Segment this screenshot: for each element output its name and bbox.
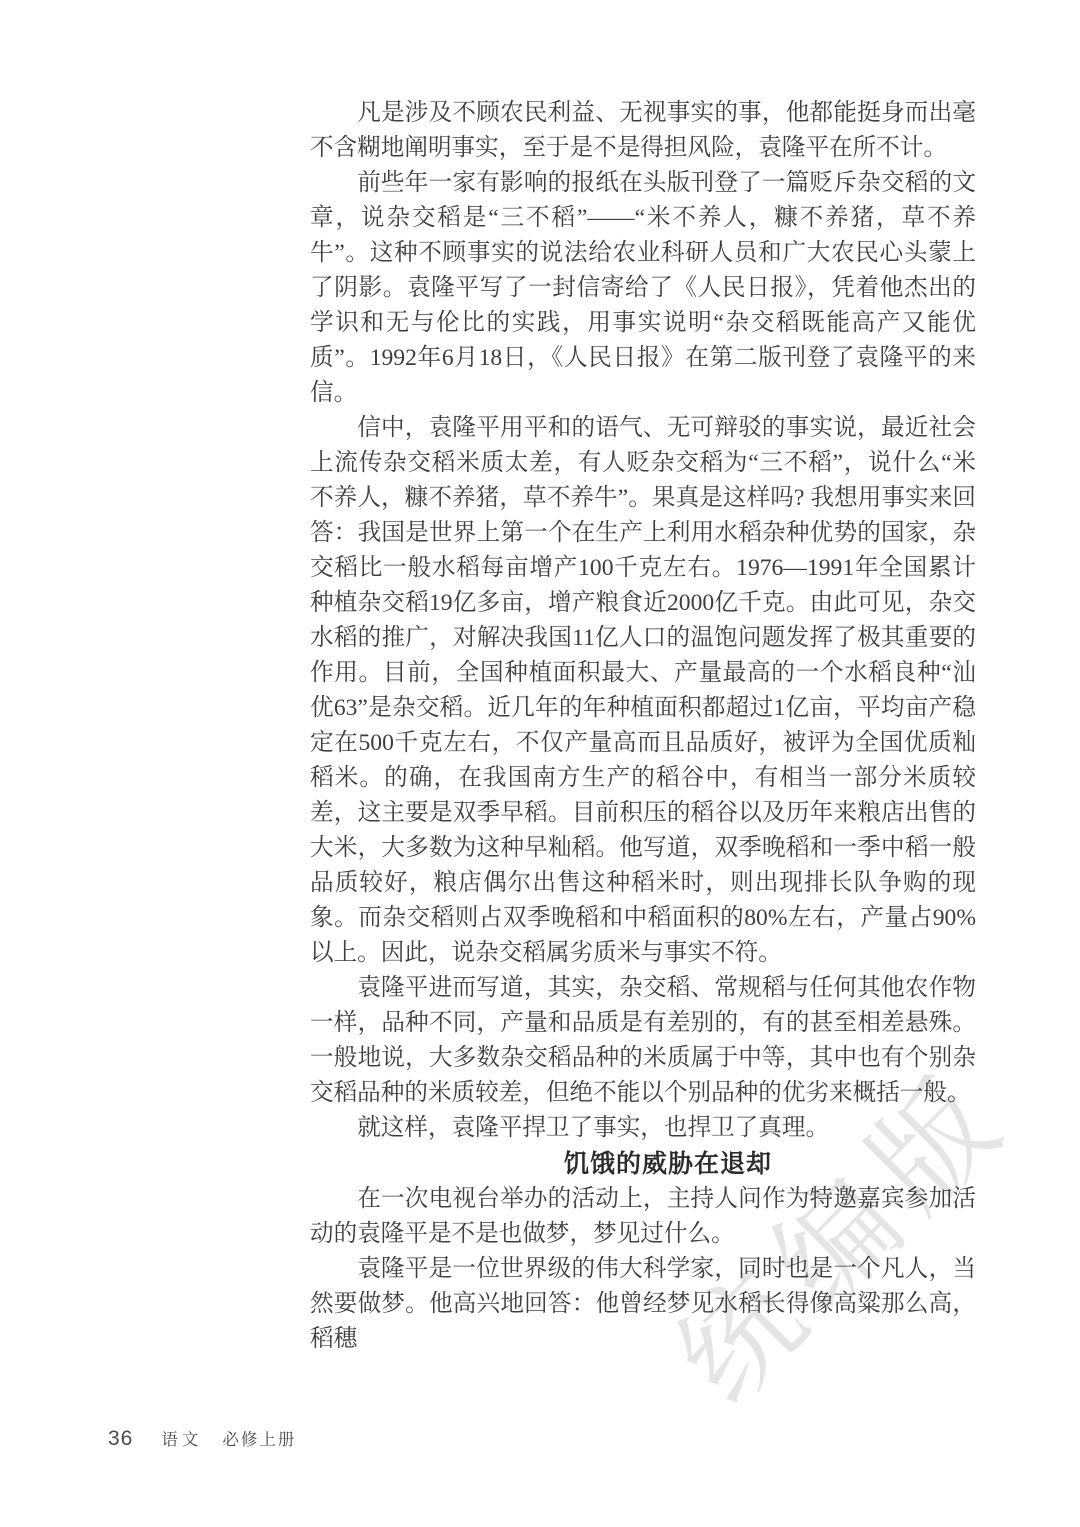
footer-volume-label: 必修上册 bbox=[222, 1426, 296, 1450]
page-footer: 36 语文 必修上册 bbox=[108, 1426, 296, 1451]
body-paragraph: 凡是涉及不顾农民利益、无视事实的事，他都能挺身而出毫不含糊地阐明事实，至于是不是… bbox=[310, 96, 976, 166]
body-paragraph: 信中，袁隆平用平和的语气、无可辩驳的事实说，最近社会上流传杂交稻米质太差，有人贬… bbox=[310, 411, 976, 971]
body-paragraph: 前些年一家有影响的报纸在头版刊登了一篇贬斥杂交稻的文章，说杂交稻是“三不稻”——… bbox=[310, 166, 976, 411]
footer-subject-label: 语文 bbox=[161, 1426, 202, 1450]
page-text-block: 凡是涉及不顾农民利益、无视事实的事，他都能挺身而出毫不含糊地阐明事实，至于是不是… bbox=[310, 96, 976, 1357]
section-heading: 饥饿的威胁在退却 bbox=[310, 1146, 976, 1182]
page-number: 36 bbox=[108, 1427, 133, 1451]
body-paragraph: 袁隆平是一位世界级的伟大科学家，同时也是一个凡人，当然要做梦。他高兴地回答：他曾… bbox=[310, 1252, 976, 1357]
textbook-page: 统编版 凡是涉及不顾农民利益、无视事实的事，他都能挺身而出毫不含糊地阐明事实，至… bbox=[0, 0, 1080, 1527]
body-paragraph: 就这样，袁隆平捍卫了事实，也捍卫了真理。 bbox=[310, 1111, 976, 1146]
body-paragraph: 在一次电视台举办的活动上，主持人问作为特邀嘉宾参加活动的袁隆平是不是也做梦，梦见… bbox=[310, 1182, 976, 1252]
body-paragraph: 袁隆平进而写道，其实，杂交稻、常规稻与任何其他农作物一样，品种不同，产量和品质是… bbox=[310, 971, 976, 1111]
